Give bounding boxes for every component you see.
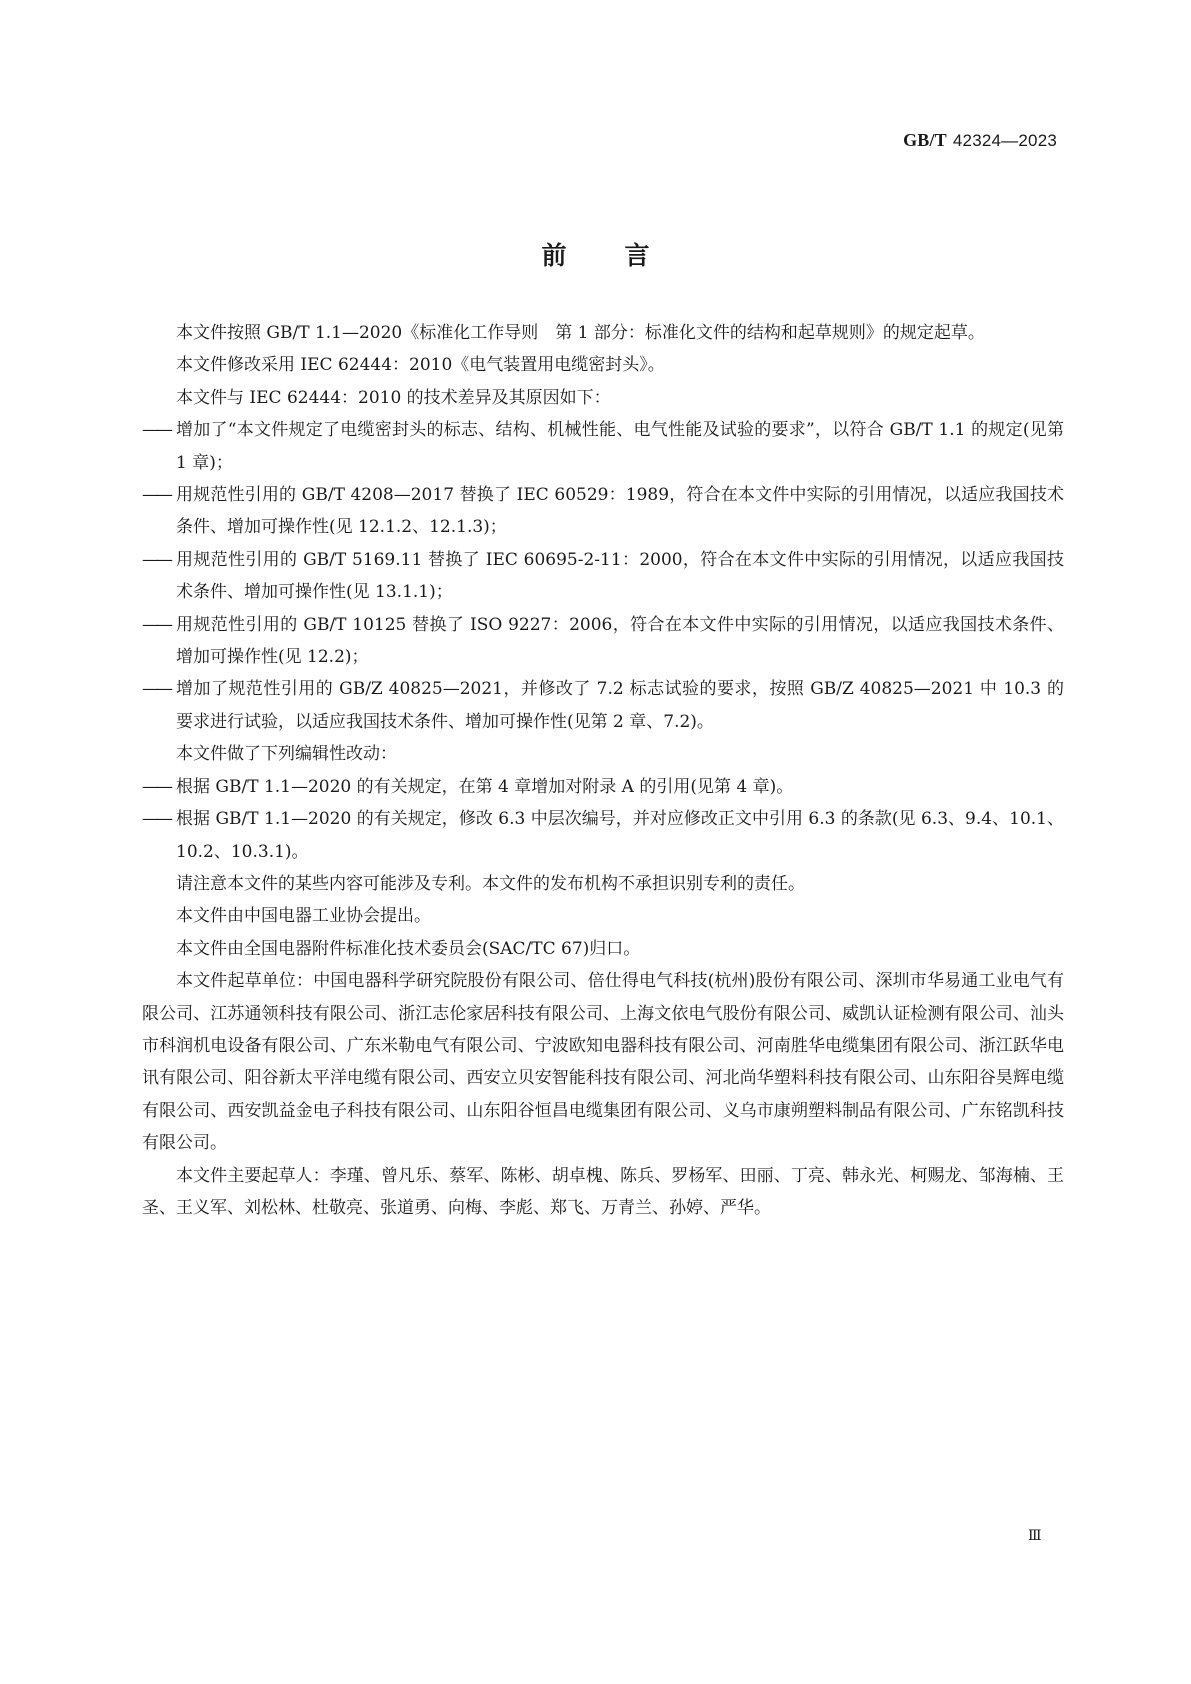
list-item-text: 增加了“本文件规定了电缆密封头的标志、结构、机械性能、电气性能及试验的要求”，以… [176, 414, 1064, 479]
title-char-1: 前 [541, 236, 566, 272]
list-item: —— 增加了规范性引用的 GB/Z 40825—2021，并修改了 7.2 标志… [142, 673, 1064, 738]
paragraph-technical-committee: 本文件由全国电器附件标准化技术委员会(SAC/TC 67)归口。 [142, 933, 1064, 965]
page-title: 前言 [0, 236, 1191, 272]
standard-number: 42324—2023 [953, 131, 1057, 150]
dash-marker: —— [142, 609, 176, 641]
dash-marker: —— [142, 673, 176, 705]
list-item-text: 根据 GB/T 1.1—2020 的有关规定，在第 4 章增加对附录 A 的引用… [176, 771, 1064, 803]
paragraph-drafters: 本文件主要起草人：李瑾、曾凡乐、蔡军、陈彬、胡卓槐、陈兵、罗杨军、田丽、丁亮、韩… [142, 1160, 1064, 1225]
paragraph-drafting-organizations: 本文件起草单位：中国电器科学研究院股份有限公司、倍仕得电气科技(杭州)股份有限公… [142, 965, 1064, 1159]
list-item-text: 用规范性引用的 GB/T 5169.11 替换了 IEC 60695-2-11：… [176, 544, 1064, 609]
foreword-body: 本文件按照 GB/T 1.1—2020《标准化工作导则 第 1 部分：标准化文件… [142, 317, 1064, 1224]
list-item: —— 用规范性引用的 GB/T 4208—2017 替换了 IEC 60529：… [142, 479, 1064, 544]
standard-code: GB/T42324—2023 [903, 130, 1057, 151]
list-item-text: 增加了规范性引用的 GB/Z 40825—2021，并修改了 7.2 标志试验的… [176, 673, 1064, 738]
paragraph-adoption: 本文件修改采用 IEC 62444：2010《电气装置用电缆密封头》。 [142, 349, 1064, 381]
page-number: Ⅲ [1028, 1528, 1043, 1545]
list-item: —— 增加了“本文件规定了电缆密封头的标志、结构、机械性能、电气性能及试验的要求… [142, 414, 1064, 479]
title-char-2: 言 [625, 236, 650, 272]
paragraph-patent-notice: 请注意本文件的某些内容可能涉及专利。本文件的发布机构不承担识别专利的责任。 [142, 868, 1064, 900]
list-item: —— 用规范性引用的 GB/T 5169.11 替换了 IEC 60695-2-… [142, 544, 1064, 609]
dash-marker: —— [142, 479, 176, 511]
dash-marker: —— [142, 544, 176, 576]
dash-marker: —— [142, 771, 176, 803]
list-item: —— 根据 GB/T 1.1—2020 的有关规定，修改 6.3 中层次编号，并… [142, 803, 1064, 868]
dash-marker: —— [142, 803, 176, 835]
paragraph-drafting-rules: 本文件按照 GB/T 1.1—2020《标准化工作导则 第 1 部分：标准化文件… [142, 317, 1064, 349]
list-item: —— 根据 GB/T 1.1—2020 的有关规定，在第 4 章增加对附录 A … [142, 771, 1064, 803]
paragraph-tech-differences-intro: 本文件与 IEC 62444：2010 的技术差异及其原因如下： [142, 382, 1064, 414]
paragraph-proposed-by: 本文件由中国电器工业协会提出。 [142, 900, 1064, 932]
standard-prefix: GB/T [903, 130, 947, 150]
list-item: —— 用规范性引用的 GB/T 10125 替换了 ISO 9227：2006，… [142, 609, 1064, 674]
list-item-text: 用规范性引用的 GB/T 4208—2017 替换了 IEC 60529：198… [176, 479, 1064, 544]
list-item-text: 用规范性引用的 GB/T 10125 替换了 ISO 9227：2006，符合在… [176, 609, 1064, 674]
dash-marker: —— [142, 414, 176, 446]
paragraph-editorial-intro: 本文件做了下列编辑性改动： [142, 738, 1064, 770]
list-item-text: 根据 GB/T 1.1—2020 的有关规定，修改 6.3 中层次编号，并对应修… [176, 803, 1064, 868]
